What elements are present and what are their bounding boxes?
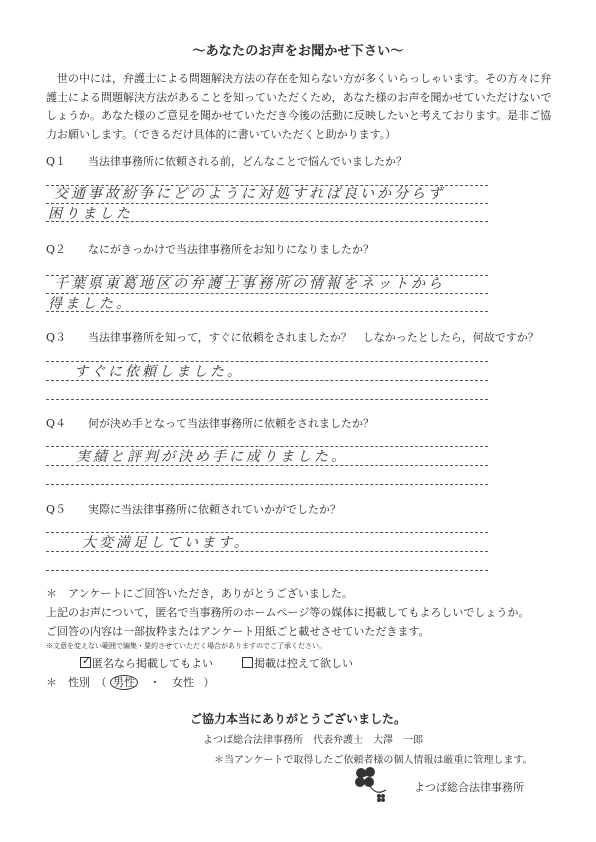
thanks-note: ＊ アンケートにご回答いただき，ありがとうございました。 <box>46 584 353 603</box>
answer-2[interactable]: 千葉県東葛地区の弁護士事務所の情報をネットから 得ました。 <box>46 260 488 320</box>
privacy-notice: ＊当アンケートで取得したご依頼者様の個人情報は厳重に管理します。 <box>214 751 533 766</box>
handwritten-answer: 困りました <box>48 203 133 223</box>
answer-line <box>46 484 488 485</box>
question-5: Q５実際に当法律事務所に依頼されていかがでしたか？ <box>46 501 341 517</box>
answer-5[interactable]: 大変満足しています。 <box>46 518 488 578</box>
question-1: Q１当法律事務所に依頼される前，どんなことで悩んでいましたか？ <box>46 153 407 169</box>
logo-text: よつば総合法律事務所 <box>414 779 524 795</box>
question-3: Q３当法律事務所を知って，すぐに依頼をされましたか？ しなかったとしたら，何故で… <box>46 329 539 345</box>
handwritten-answer: 大変満足しています。 <box>82 532 251 552</box>
consent-options: 匿名なら掲載してもよい 掲載は控えて欲しい <box>80 654 353 673</box>
consent-yes-checkbox[interactable] <box>80 657 91 668</box>
consent-no-checkbox[interactable] <box>242 657 253 668</box>
handwritten-answer: 千葉県東葛地区の弁護士事務所の情報をネットから <box>54 273 445 293</box>
publish-question: 上記のお声について，匿名で当事務所のホームページ等の媒体に掲載してもよろしいでし… <box>46 603 529 622</box>
answer-line <box>46 399 488 400</box>
consent-yes-option[interactable]: 匿名なら掲載してもよい <box>80 657 217 670</box>
handwritten-answer: 実績と評判が決め手に成りました。 <box>76 446 348 466</box>
gender-male-option[interactable]: 男性 <box>110 675 138 690</box>
four-leaf-clover-icon <box>352 766 396 810</box>
gender-field: ＊ 性別 （ 男性 ・ 女性 ） <box>46 673 215 692</box>
answer-3[interactable]: すぐに依頼しました。 <box>46 347 488 407</box>
handwritten-answer: 得ました。 <box>48 293 133 313</box>
office-signature: よつば総合法律事務所 代表弁護士 大澤 一郎 <box>203 731 423 746</box>
question-2: Q２なにがきっかけで当法律事務所をお知りになりましたか？ <box>46 241 374 257</box>
handwritten-answer: すぐに依頼しました。 <box>74 361 244 381</box>
page-title: ～あなたのお声をお聞かせ下さい～ <box>0 40 596 59</box>
consent-no-option[interactable]: 掲載は控えて欲しい <box>242 657 353 670</box>
closing-thanks: ご協力本当にありがとうございました。 <box>190 710 406 727</box>
question-4: Q４何が決め手となって当法律事務所に依頼をされましたか？ <box>46 415 374 431</box>
intro-paragraph: 世の中には，弁護士による問題解決方法の存在を知らない方が多くいらっしゃいます。そ… <box>46 70 556 144</box>
answer-line <box>46 570 488 571</box>
answer-1[interactable]: 交通事故紛争にどのように対処すれば良いか分らず 困りました <box>46 170 488 230</box>
handwritten-answer: 交通事故紛争にどのように対処すれば良いか分らず <box>54 183 445 203</box>
answer-4[interactable]: 実績と評判が決め手に成りました。 <box>46 432 488 492</box>
gender-female-option[interactable]: 女性 <box>172 676 194 689</box>
